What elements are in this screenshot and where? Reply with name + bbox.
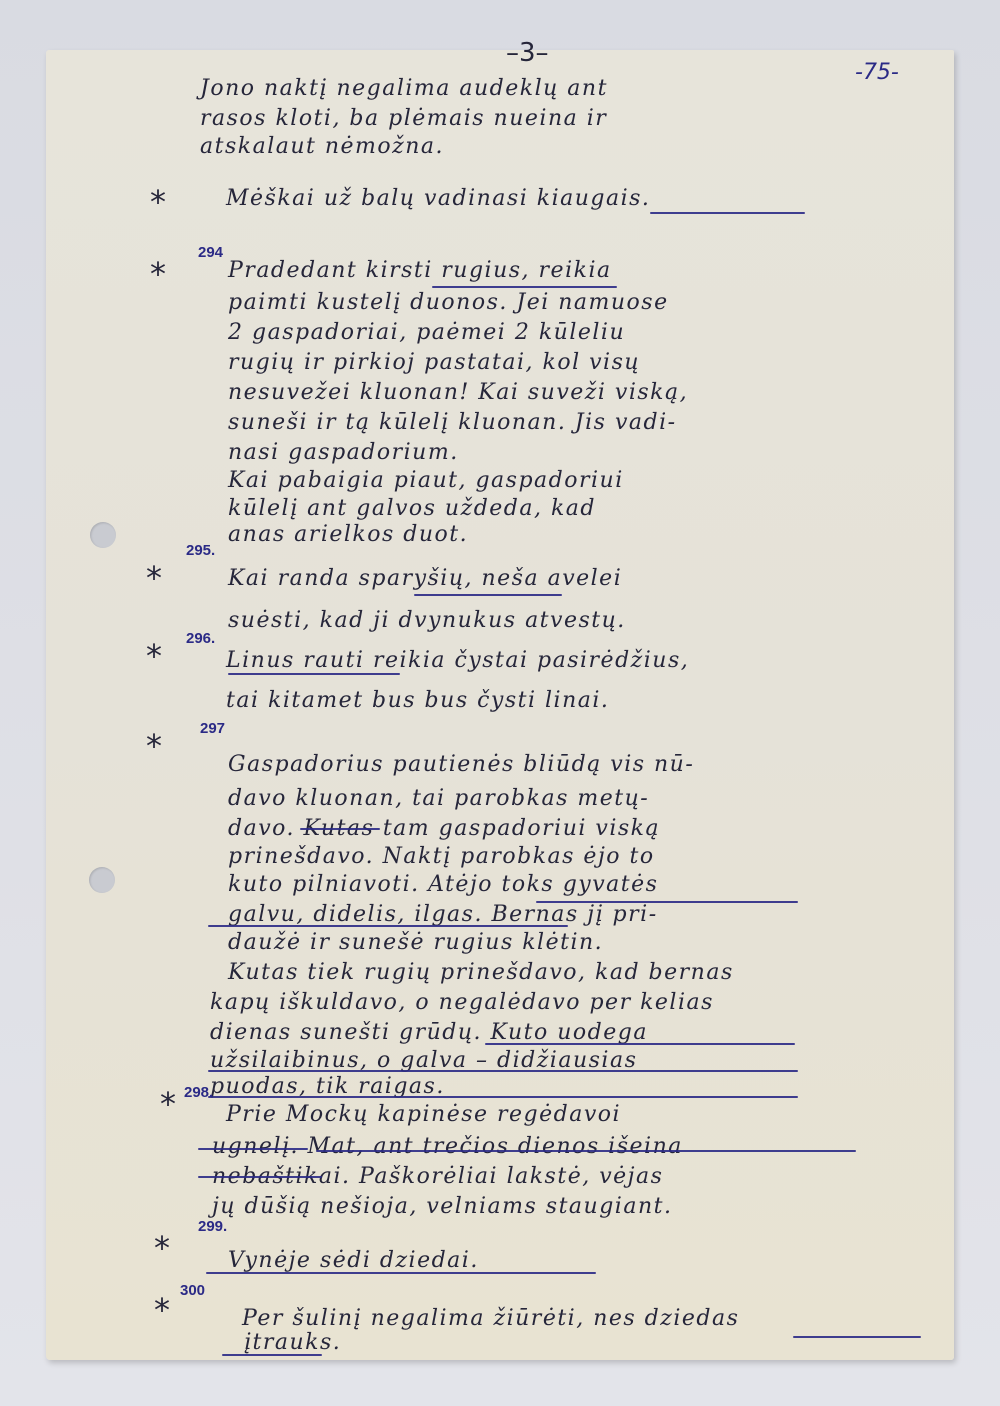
entry-line: galvu, didelis, ilgas. Bernas jį pri- bbox=[228, 902, 658, 927]
underline bbox=[650, 212, 805, 214]
entry-line: nasi gaspadorium. bbox=[228, 440, 459, 465]
entry-line: Gaspadorius pautienės bliūdą vis nū- bbox=[228, 752, 694, 777]
asterisk-marker: * bbox=[146, 640, 162, 672]
underline bbox=[222, 1354, 322, 1356]
asterisk-marker: * bbox=[154, 1294, 170, 1326]
entry-line: Linus rauti reikia čystai pasirėdžius, bbox=[226, 648, 689, 673]
entry-line: Per šulinį negalima žiūrėti, nes dziedas bbox=[242, 1306, 739, 1331]
entry-line: ugnelį. Mat, ant trečios dienos išeina bbox=[212, 1134, 683, 1159]
asterisk-marker: * bbox=[146, 562, 162, 594]
entry-line: davo. Kutas tam gaspadoriui viską bbox=[228, 816, 660, 841]
underline bbox=[228, 673, 400, 675]
underline bbox=[432, 286, 617, 288]
folio-number: -75- bbox=[855, 60, 899, 85]
entry-line: įtrauks. bbox=[244, 1330, 341, 1355]
entry-line: Kai pabaigia piaut, gaspadoriui bbox=[228, 468, 624, 493]
entry-line: dienas sunešti grūdų. Kuto uodega bbox=[210, 1020, 648, 1045]
entry-line: prinešdavo. Naktį parobkas ėjo to bbox=[228, 844, 655, 869]
entry-number: 300 bbox=[180, 1282, 205, 1299]
entry-line: kūlelį ant galvos uždeda, kad bbox=[228, 496, 596, 521]
punch-hole-top bbox=[90, 522, 116, 548]
intro-line: atskalaut nėmožna. bbox=[200, 134, 444, 159]
entry-line: davo kluonan, tai parobkas metų- bbox=[228, 786, 649, 811]
underline bbox=[316, 1150, 856, 1152]
entry-line: Pradedant kirsti rugius, reikia bbox=[228, 258, 612, 283]
underline bbox=[485, 1043, 795, 1045]
entry-line: suneši ir tą kūlelį kluonan. Jis vadi- bbox=[228, 410, 677, 435]
entry-line: Vynėje sėdi dziedai. bbox=[228, 1248, 479, 1273]
entry-line: tai kitamet bus bus čysti linai. bbox=[226, 688, 609, 713]
asterisk-marker: * bbox=[160, 1088, 176, 1120]
underline bbox=[198, 1176, 322, 1178]
entry-line: 2 gaspadoriai, paėmei 2 kūleliu bbox=[228, 320, 625, 345]
underline bbox=[206, 1272, 596, 1274]
asterisk-marker: * bbox=[150, 258, 166, 290]
underline bbox=[300, 828, 380, 830]
entry-line: suėsti, kad ji dvynukus atvestų. bbox=[228, 608, 626, 633]
entry-line: Kutas tiek rugių prinešdavo, kad bernas bbox=[228, 960, 734, 985]
asterisk-marker: * bbox=[150, 186, 166, 218]
underline bbox=[198, 1148, 308, 1150]
entry-number: 299. bbox=[198, 1218, 227, 1235]
entry-line: daužė ir sunešė rugius klėtin. bbox=[228, 930, 603, 955]
entry-line: jų dūšią nešioja, velniams staugiant. bbox=[212, 1194, 672, 1219]
asterisk-marker: * bbox=[154, 1232, 170, 1264]
underline bbox=[208, 1070, 798, 1072]
entry-number: 296. bbox=[186, 630, 215, 647]
entry-number: 295. bbox=[186, 542, 215, 559]
underline bbox=[208, 1096, 798, 1098]
underline bbox=[208, 925, 568, 927]
underline bbox=[793, 1336, 921, 1338]
entry-line: anas arielkos duot. bbox=[228, 522, 468, 547]
entry-line: nesuvežei kluonan! Kai suveži viską, bbox=[228, 380, 688, 405]
entry-line: paimti kustelį duonos. Jei namuose bbox=[228, 290, 669, 315]
entry-number: 294 bbox=[198, 244, 223, 261]
entry-line: rugių ir pirkioj pastatai, kol visų bbox=[228, 350, 640, 375]
entry-line: kuto pilniavoti. Atėjo toks gyvatės bbox=[228, 872, 658, 897]
entry-line: Mėškai už balų vadinasi kiaugais. bbox=[226, 186, 650, 211]
entry-number: 297 bbox=[200, 720, 225, 737]
intro-line: Jono naktį negalima audeklų ant bbox=[200, 76, 608, 101]
intro-line: rasos kloti, ba plėmais nueina ir bbox=[200, 106, 607, 131]
entry-line: Kai randa sparyšių, neša avelei bbox=[228, 566, 622, 591]
punch-hole-bottom bbox=[89, 867, 115, 893]
underline bbox=[414, 594, 562, 596]
entry-number: 298. bbox=[184, 1084, 213, 1101]
entry-line: Prie Mockų kapinėse regėdavoi bbox=[226, 1102, 621, 1127]
page-number: –3– bbox=[506, 38, 549, 68]
asterisk-marker: * bbox=[146, 730, 162, 762]
entry-line: kapų iškuldavo, o negalėdavo per kelias bbox=[210, 990, 714, 1015]
